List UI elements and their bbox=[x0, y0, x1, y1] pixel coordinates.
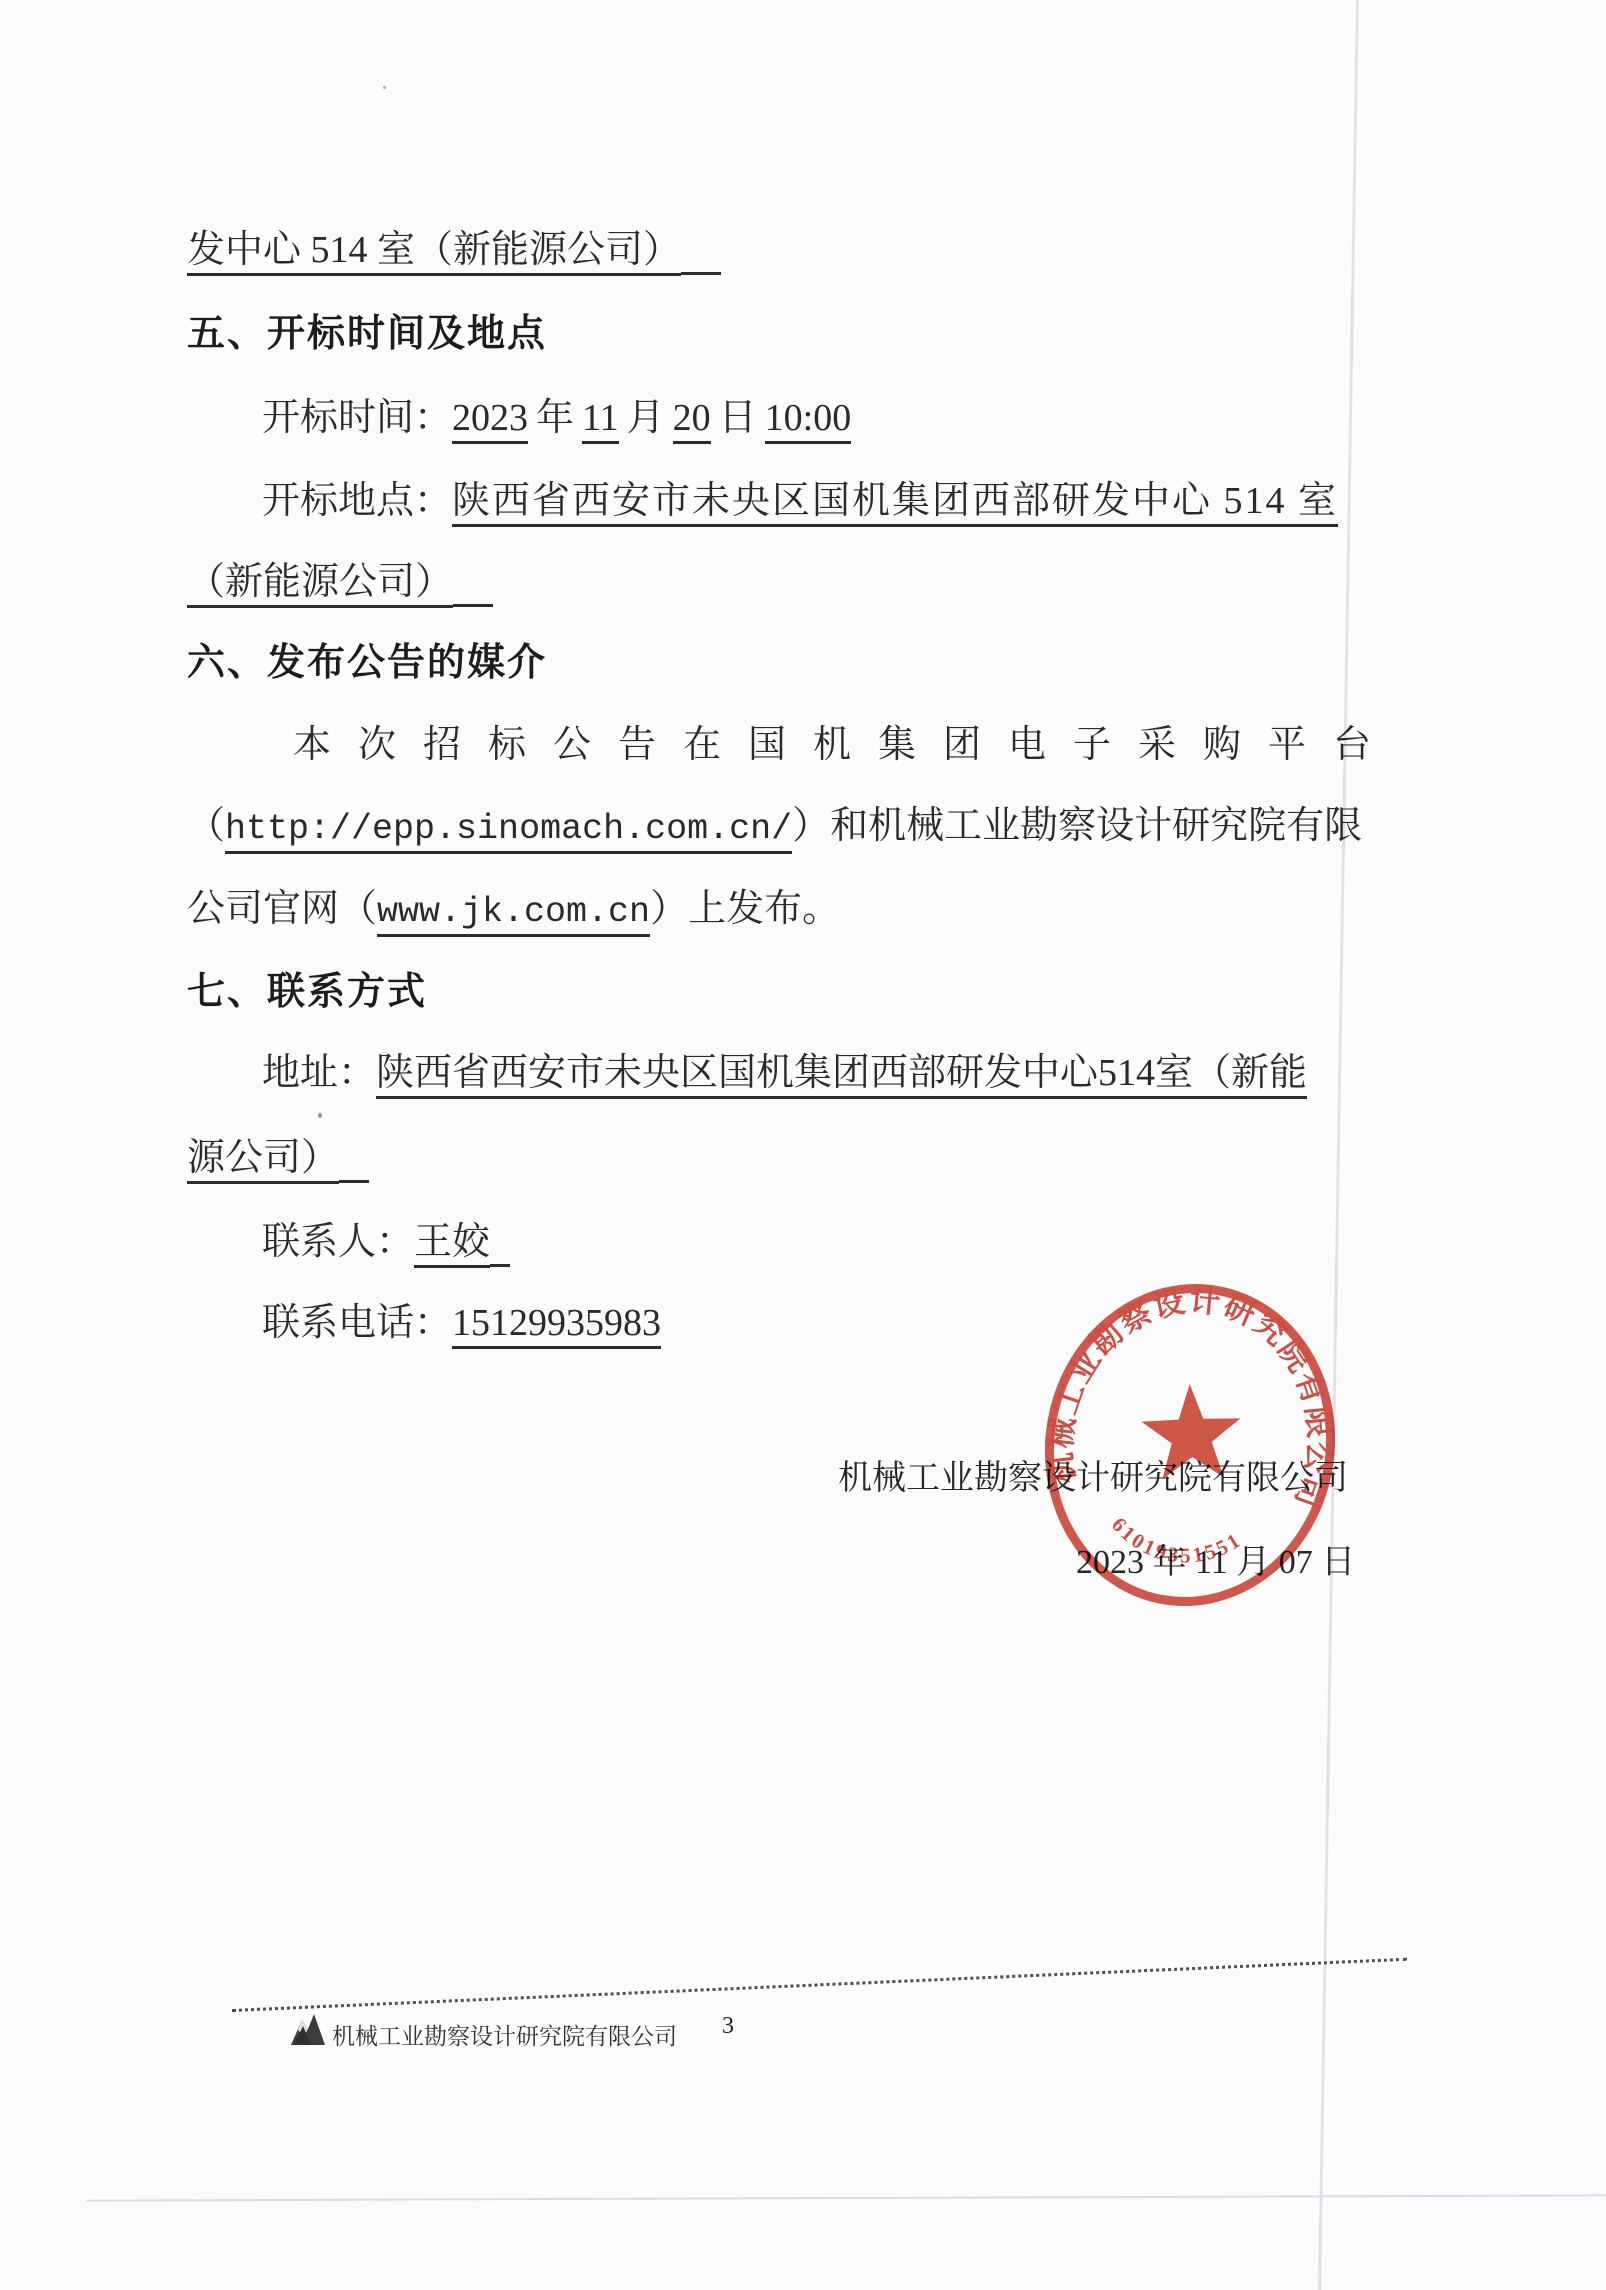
media-paragraph-line1: 本次招标公告在国机集团电子采购平台 bbox=[293, 723, 1398, 769]
phone-label: 联系电话： bbox=[262, 1302, 452, 1344]
scan-speck bbox=[318, 1113, 322, 1118]
contact-label: 联系人： bbox=[262, 1221, 414, 1263]
underline-extension bbox=[453, 564, 493, 607]
time-label: 开标时间： bbox=[262, 397, 452, 439]
continuation-text: 发中心 514 室（新能源公司） bbox=[187, 229, 681, 276]
seal-group: 机械工业勘察设计研究院有限公司 61019351551 bbox=[1030, 1278, 1350, 1618]
time-clock: 10:00 bbox=[765, 397, 852, 444]
company-logo-icon bbox=[290, 2012, 326, 2046]
official-red-seal: 机械工业勘察设计研究院有限公司 61019351551 bbox=[1030, 1278, 1350, 1618]
media-paragraph-line2: （http://epp.sinomach.com.cn/）和机械工业勘察设计研究… bbox=[187, 804, 1362, 850]
page-fold-line bbox=[1318, 0, 1359, 2290]
address-line2: 源公司） bbox=[187, 1136, 369, 1183]
scan-speck bbox=[383, 86, 386, 89]
address-line1: 地址：陕西省西安市未央区国机集团西部研发中心514室（新能 bbox=[262, 1051, 1307, 1097]
phone-number: 15129935983 bbox=[452, 1302, 661, 1349]
footer-page-number: 3 bbox=[722, 2013, 734, 2040]
scanned-document-page: 发中心 514 室（新能源公司） 五、开标时间及地点 开标时间：2023年11月… bbox=[0, 0, 1606, 2290]
media-line3-post: ）上发布。 bbox=[650, 888, 840, 930]
continuation-line: 发中心 514 室（新能源公司） bbox=[187, 228, 721, 275]
address-value2: 源公司） bbox=[187, 1137, 339, 1184]
seal-code: 61019351551 bbox=[1102, 1505, 1249, 1578]
address-label: 地址： bbox=[262, 1052, 376, 1094]
footer-rule bbox=[232, 1958, 1407, 2012]
time-year: 2023 bbox=[452, 397, 528, 444]
underline-extension bbox=[339, 1140, 369, 1183]
section5-heading: 五、开标时间及地点 bbox=[187, 312, 547, 358]
open-paren: （ bbox=[187, 805, 225, 847]
underline-extension bbox=[681, 232, 721, 275]
procurement-platform-url: http://epp.sinomach.com.cn/ bbox=[225, 809, 792, 854]
section7-heading: 七、联系方式 bbox=[187, 970, 427, 1016]
place-label: 开标地点： bbox=[262, 480, 452, 522]
company-website-url: www.jk.com.cn bbox=[377, 892, 650, 937]
year-unit: 年 bbox=[536, 397, 574, 439]
seal-star bbox=[1140, 1382, 1242, 1479]
bid-opening-place-line: 开标地点：陕西省西安市未央区国机集团西部研发中心 514 室 bbox=[262, 479, 1338, 525]
media-line2-rest: 和机械工业勘察设计研究院有限 bbox=[830, 805, 1362, 847]
contact-name: 王姣 bbox=[414, 1221, 490, 1268]
section6-heading: 六、发布公告的媒介 bbox=[187, 641, 547, 687]
bid-opening-place-line2: （新能源公司） bbox=[187, 560, 493, 607]
time-day: 20 bbox=[673, 397, 711, 444]
close-paren: ） bbox=[792, 805, 830, 847]
day-unit: 日 bbox=[719, 397, 757, 439]
footer-company-name: 机械工业勘察设计研究院有限公司 bbox=[332, 2018, 677, 2051]
place-value2: （新能源公司） bbox=[187, 561, 453, 608]
underline-extension bbox=[490, 1224, 510, 1267]
media-line3-pre: 公司官网（ bbox=[187, 888, 377, 930]
page-bottom-shadow bbox=[86, 2194, 1606, 2201]
place-value: 陕西省西安市未央区国机集团西部研发中心 514 室 bbox=[452, 480, 1338, 527]
address-value1: 陕西省西安市未央区国机集团西部研发中心514室（新能 bbox=[376, 1052, 1307, 1099]
month-unit: 月 bbox=[627, 397, 665, 439]
media-paragraph-line3: 公司官网（www.jk.com.cn）上发布。 bbox=[187, 887, 840, 933]
time-month: 11 bbox=[582, 397, 619, 444]
page-edge-strip bbox=[1394, 0, 1606, 2290]
seal-code-holder: 61019351551 bbox=[1102, 1505, 1249, 1578]
contact-person-line: 联系人：王姣 bbox=[262, 1220, 510, 1267]
contact-phone-line: 联系电话：15129935983 bbox=[262, 1301, 661, 1347]
bid-opening-time-line: 开标时间：2023年11月20日10:00 bbox=[262, 396, 851, 442]
